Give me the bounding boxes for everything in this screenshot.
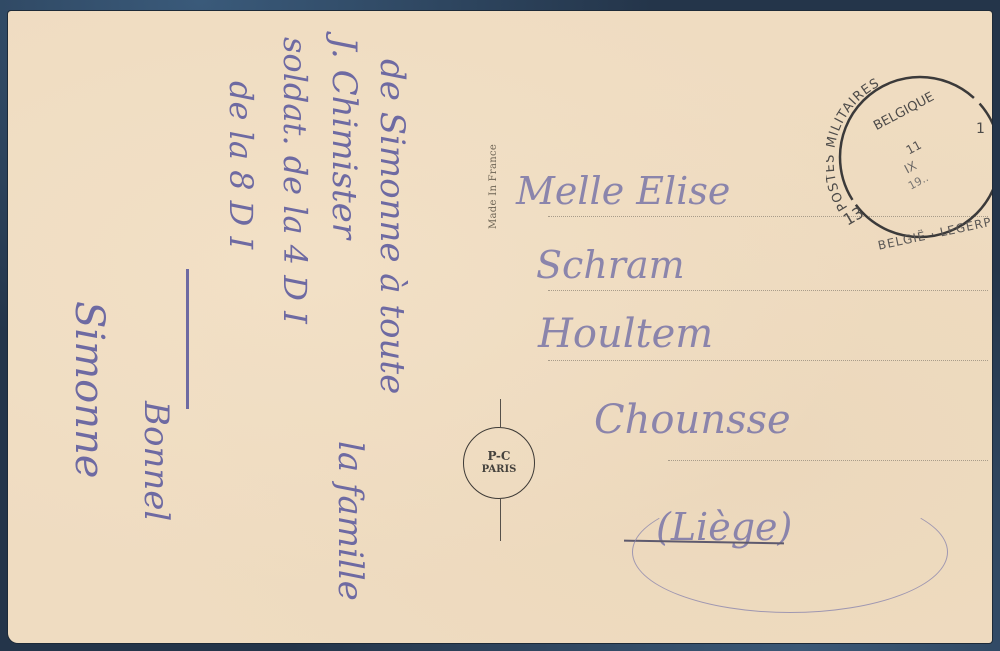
message-line-2: de Simonne à toute (372, 59, 412, 394)
postmark-date-1: 11 (904, 138, 924, 158)
svg-text:POSTES MILITAIRES: POSTES MILITAIRES (826, 76, 883, 214)
message-line-3: la famille (330, 441, 370, 601)
address-street: Houltem (538, 311, 713, 357)
message-line-5: soldat. de la 4 D I (276, 37, 314, 324)
publisher-stamp-line2: PARIS (482, 463, 517, 477)
message-underline (186, 269, 189, 409)
postmark-inner-text: BELGIQUE (871, 90, 937, 134)
province-parenthesis-ring (632, 491, 948, 613)
address-line-3 (548, 360, 988, 361)
center-divider-bottom (500, 499, 501, 541)
made-in-france-label: Made In France (488, 144, 499, 229)
postmark-date-2: IX (902, 158, 919, 176)
address-town: Chounsse (594, 397, 791, 443)
address-recipient: Melle Elise (516, 169, 730, 213)
postmark-side-number: 1 (976, 121, 985, 137)
publisher-stamp: P-C PARIS (463, 427, 535, 499)
address-line-2 (548, 290, 988, 291)
address-line-4 (668, 460, 988, 461)
signature-line-1: Bonnel (136, 401, 176, 521)
postcard-back: Made In France P-C PARIS POSTES MILITAIR… (8, 11, 992, 643)
center-divider-top (500, 399, 501, 427)
military-postmark: POSTES MILITAIRES BELGIQUE 11 IX 19.. 13… (826, 51, 992, 261)
signature-line-2: Simonne (66, 301, 112, 478)
message-line-6: de la 8 D I (222, 81, 260, 249)
message-line-4: J. Chimister (324, 37, 364, 239)
postmark-outer-text: POSTES MILITAIRES (826, 76, 883, 214)
publisher-stamp-line1: P-C (488, 449, 511, 463)
address-surname: Schram (536, 243, 685, 287)
